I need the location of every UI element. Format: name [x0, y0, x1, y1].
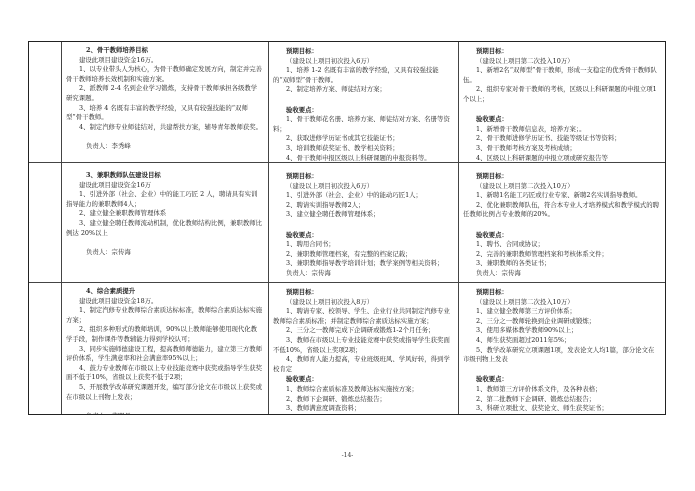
acceptance-item: 1、聘用合同书；: [273, 240, 452, 250]
phase-goal: 2、三分之一教师完成下企调研或锻炼1-2个月任务；: [273, 326, 452, 336]
acceptance-item: 2、获取进修学历证书或其它技能证书；: [273, 134, 452, 144]
phase-goal: 1、培养 1-2 名既有丰富的教学经验，又具有较强技能的“双师型”骨干教师。: [273, 66, 452, 85]
acceptance-item: 1、骨干教师花名册、培养方案、师徒结对方案、名册等资料；: [273, 115, 452, 134]
phase1-cell: 预期目标： （建设以上项目初次投入8万） 1、聘请专家、校领导、学生、企业行业共…: [269, 283, 459, 414]
acceptance-label: 验收要点：: [463, 231, 659, 241]
goal-item: 3、培养 4 名既有丰富的教学经验，又具有较强技能的“双师型”骨干教师。: [66, 104, 262, 123]
goal-item: 1、制定汽修专业教师综合素质达标标准，教师综合素质达标实施方案；: [66, 306, 262, 325]
acceptance-item: 2、教师下企调研、锻炼总结报告；: [273, 395, 452, 405]
investment-text: （建设以上项目第二次投入10万）: [463, 298, 659, 308]
goal-cell: 3、兼职教师队伍建设目标 建设此项目建设资金16万 1、引进外部（社会、企业）中…: [62, 163, 269, 282]
acceptance-item: 4、骨干教师申报区级以上科研课题的申报资料等。: [273, 154, 452, 162]
expected-goal-label: 预期目标：: [273, 288, 452, 298]
budget-text: 建设此项目建设资金16万: [66, 181, 262, 191]
phase-goal: 2、优化兼职教师队伍，符合本专业人才培养模式和教学模式的聘任教师比例占专业教师的…: [463, 201, 659, 220]
blank-index-cell: [29, 163, 62, 282]
acceptance-item: 3、兼职教师指导教学培训计划；教学案例等相关资料；: [273, 259, 452, 269]
goal-item: 3、同步实施师德建设工程，提高教师师德能力，建立第三方教师评价体系，学生满意率和…: [66, 345, 262, 364]
acceptance-item: 3、教师满意度调查资料；: [273, 404, 452, 414]
investment-text: （建设以上项目第二次投入10万）: [463, 182, 659, 192]
acceptance-label: 验收要点：: [463, 115, 659, 125]
blank-index-cell: [29, 42, 62, 162]
acceptance-label: 验收要点：: [273, 231, 452, 241]
investment-text: （建设以上项目初次投入8万）: [273, 298, 452, 308]
expected-goal-label: 预期目标：: [273, 172, 452, 182]
phase-goal: 1、新增2名“双师型”骨干教师，形成一支稳定的优秀骨干教师队伍。: [463, 66, 659, 85]
phase-goal: 4、教师育人能力提高，专业班级班风、学风好转，得到学校肯定: [273, 355, 452, 374]
plan-table: 2、骨干教师培养目标 建设此项目建设资金16万。 1、以专业带头人为核心，为骨干…: [28, 41, 666, 415]
phase-goal: 4、师生获奖面超过2011年5%；: [463, 336, 659, 346]
goal-item: 2、建立健全兼职教师管理体系: [66, 209, 262, 219]
table-row: 4、综合素质提升 建设此项目建设资金18万。 1、制定汽修专业教师综合素质达标标…: [29, 283, 665, 414]
goal-item: 4、制定汽修专业师徒结对，共建帮扶方案，辅导青年教师获奖。: [66, 123, 262, 133]
goal-cell: 2、骨干教师培养目标 建设此项目建设资金16万。 1、以专业带头人为核心，为骨干…: [62, 42, 269, 162]
phase-goal: 2、聘请实训指导教师2人；: [273, 201, 452, 211]
section-title: 4、综合素质提升: [66, 287, 262, 297]
phase1-cell: 预期目标： （建设以上项目初次投入6万） 1、培养 1-2 名既有丰富的教学经验…: [269, 42, 459, 162]
goal-item: 5、开展教学改革研究课题开发，编写部分论文在市级以上获奖或在市级以上刊物上发表；: [66, 383, 262, 402]
budget-text: 建设此项目建设资金16万。: [66, 56, 262, 66]
acceptance-label: 验收要点：: [273, 106, 452, 116]
acceptance-item: 2、第二批教师下企调研、锻炼总结报告；: [463, 395, 659, 405]
phase-goal: 1、引进外部（社会、企业）中的能动巧匠1人；: [273, 191, 452, 201]
goal-cell: 4、综合素质提升 建设此项目建设资金18万。 1、制定汽修专业教师综合素质达标标…: [62, 283, 269, 414]
expected-goal-label: 预期目标：: [463, 288, 659, 298]
acceptance-item: 1、教师综合素质标准及教师达标实施按方案；: [273, 385, 452, 395]
investment-text: （建设以上项目初次投入6万）: [273, 57, 452, 67]
responsible-person: 负责人：李秀峰: [66, 142, 262, 152]
goal-item: 1、引进外部（社会、企业）中的能工巧匠 2 人，聘请具有实训指导能力的兼职教师4…: [66, 190, 262, 209]
table-row: 2、骨干教师培养目标 建设此项目建设资金16万。 1、以专业带头人为核心，为骨干…: [29, 42, 665, 163]
acceptance-item: 2、完善的兼职教师管理档案和考核体系文件；: [463, 250, 659, 260]
goal-item: 1、以专业带头人为核心，为骨干教师确定发展方向，制定并完善骨干教师培养长效机制和…: [66, 65, 262, 84]
phase-goal: 3、教师在市级以上专业技能竞赛中获奖或指导学生获奖面不低10%，省级以上奖项2项…: [273, 336, 452, 355]
phase1-cell: 预期目标： （建设以上项目初次投入6万） 1、引进外部（社会、企业）中的能动巧匠…: [269, 163, 459, 282]
page-number: -14-: [0, 452, 695, 459]
phase-goal: 2、三分之一教师轮换到企业调研或锻炼；: [463, 317, 659, 327]
expected-goal-label: 预期目标：: [463, 172, 659, 182]
acceptance-label: 验收要点：: [273, 375, 452, 385]
phase-goal: 3、建立健全聘任教师管理体系；: [273, 210, 452, 220]
responsible-person: 负责人：曹明月: [66, 412, 262, 414]
phase2-cell: 预期目标： （建设以上项目第二次投入10万） 1、新增2名“双师型”骨干教师，形…: [459, 42, 665, 162]
goal-item: 4、鼓力专业教师在市级以上专业技能竞赛中获奖或指导学生获奖面不低于10%，省级以…: [66, 364, 262, 383]
acceptance-label: 验收要点：: [463, 375, 659, 385]
phase-goal: 1、聘请专家、校领导、学生、企业行业共同制定汽修专业教师综合素质标准；并制定教师…: [273, 307, 452, 326]
phase-goal: 1、建立健全教师第三方评价体系；: [463, 307, 659, 317]
phase2-cell: 预期目标： （建设以上项目第二次投入10万） 1、新聘1名能工巧匠或行业专家、新…: [459, 163, 665, 282]
responsible-person: 负责人：宗传海: [66, 248, 262, 258]
acceptance-item: 1、新增骨干教师信息表，培养方案；。: [463, 125, 659, 135]
acceptance-item: 1、教师第三方评价体系文件，及各种表格；: [463, 385, 659, 395]
goal-item: 2、派教师 2-4 名到企业学习锻炼，支持骨干教师承担各级教学研究课题。: [66, 84, 262, 103]
phase-goal: 2、制定培养方案、师徒结对方案；: [273, 85, 452, 95]
acceptance-item: 3、兼职教师的各类证书；: [463, 259, 659, 269]
acceptance-item: 3、科研立项批文、获奖论文、师生获奖证书；: [463, 404, 659, 414]
acceptance-item: 2、骨干教师进修学历证书、技能等级证书等资料；: [463, 134, 659, 144]
phase2-cell: 预期目标： （建设以上项目第二次投入10万） 1、建立健全教师第三方评价体系； …: [459, 283, 665, 414]
acceptance-item: 2、兼职教师管理档案，有完整的档案记载；: [273, 250, 452, 260]
budget-text: 建设此项目建设资金18万。: [66, 297, 262, 307]
expected-goal-label: 预期目标：: [273, 47, 452, 57]
section-title: 3、兼职教师队伍建设目标: [66, 171, 262, 181]
expected-goal-label: 预期目标：: [463, 47, 659, 57]
acceptance-item: 3、培训教师获奖证书、教学相关资料；: [273, 144, 452, 154]
investment-text: （建设以上项目第二次投入10万）: [463, 57, 659, 67]
goal-item: 3、建立健全聘任教师流动机制，优化教师结构比例，兼职教师比例达 20%以上: [66, 219, 262, 238]
table-row: 3、兼职教师队伍建设目标 建设此项目建设资金16万 1、引进外部（社会、企业）中…: [29, 163, 665, 283]
acceptance-item: 3、骨干教师考核方案及考核成绩；: [463, 144, 659, 154]
responsible-person: 负责人：宗传海: [463, 269, 659, 279]
phase-goal: 1、新聘1名能工巧匠或行业专家、新聘2名实训指导教师。: [463, 191, 659, 201]
investment-text: （建设以上项目初次投入6万）: [273, 182, 452, 192]
acceptance-item: 1、聘书、合同或协议；: [463, 240, 659, 250]
responsible-person: 负责人：宗传海: [273, 269, 452, 279]
phase-goal: 2、组织专家对骨干教师的考核，区级以上科研课题的申报立项1个以上；: [463, 85, 659, 104]
goal-item: 2、组织多种形式的教师培训，90%以上教师能够使用现代化教学手段，制作课件等教辅…: [66, 325, 262, 344]
blank-index-cell: [29, 283, 62, 414]
phase-goal: 3、使用多媒体教学教师90%以上；: [463, 326, 659, 336]
section-title: 2、骨干教师培养目标: [66, 46, 262, 56]
acceptance-item: 4、区级以上科研课题的申报立项或研究报告等: [463, 154, 659, 162]
phase-goal: 5、教学改革研究立项课题1项，发表论文人均1篇，部分论文在市级刊物上发表: [463, 346, 659, 365]
